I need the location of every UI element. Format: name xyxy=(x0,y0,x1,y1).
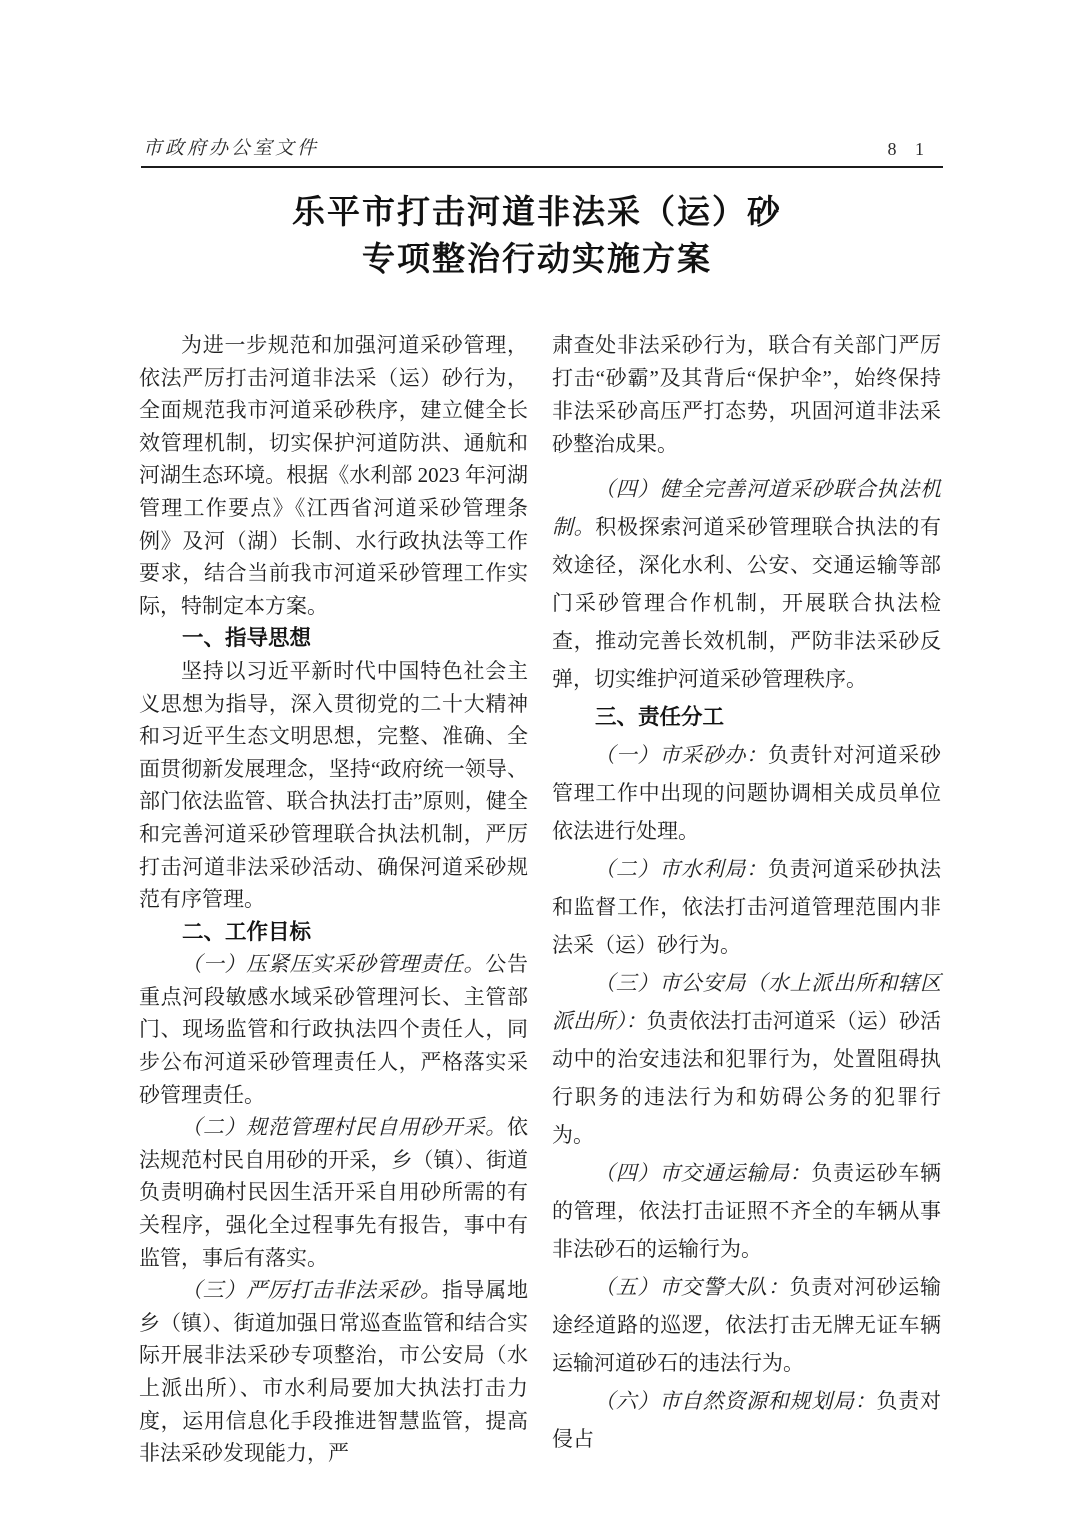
section-heading: 一、指导思想 xyxy=(139,622,528,655)
text-run-kai: （二）市水利局： xyxy=(594,857,768,881)
text-run-kai: （三）严厉打击非法采砂。 xyxy=(181,1278,442,1302)
paragraph: 坚持以习近平新时代中国特色社会主义思想为指导，深入贯彻党的二十大精神和习近平生态… xyxy=(139,655,528,916)
left-column: 为进一步规范和加强河道采砂管理，依法严厉打击河道非法采（运）砂行为，全面规范我市… xyxy=(139,329,528,1470)
text-run-hei: 三、责任分工 xyxy=(595,705,724,729)
text-run-kai: （六）市自然资源和规划局： xyxy=(594,1389,877,1413)
paragraph: 肃查处非法采砂行为，联合有关部门严厉打击“砂霸”及其背后“保护伞”，始终保持非法… xyxy=(552,329,941,461)
paragraph: （五）市交警大队：负责对河砂运输途经道路的巡逻，依法打击无牌无证车辆运输河道砂石… xyxy=(552,1268,941,1382)
title-line-1: 乐平市打击河道非法采（运）砂 xyxy=(0,188,1074,235)
page-number: 8 1 xyxy=(888,139,932,160)
header-rule xyxy=(141,166,943,168)
page-header: 市政府办公室文件 8 1 xyxy=(141,130,943,170)
text-run-kai: （四）市交通运输局： xyxy=(594,1161,811,1185)
text-run-song: 为进一步规范和加强河道采砂管理，依法严厉打击河道非法采（运）砂行为，全面规范我市… xyxy=(139,333,528,618)
document-title: 乐平市打击河道非法采（运）砂 专项整治行动实施方案 xyxy=(0,188,1074,282)
paragraph: （六）市自然资源和规划局：负责对侵占 xyxy=(552,1382,941,1458)
text-run-kai: （五）市交警大队： xyxy=(594,1275,790,1299)
content-columns: 为进一步规范和加强河道采砂管理，依法严厉打击河道非法采（运）砂行为，全面规范我市… xyxy=(139,329,941,1470)
document-page: 市政府办公室文件 8 1 乐平市打击河道非法采（运）砂 专项整治行动实施方案 为… xyxy=(0,0,1074,1520)
paragraph: （三）严厉打击非法采砂。指导属地乡（镇）、街道加强日常巡查监管和结合实际开展非法… xyxy=(139,1274,528,1470)
text-run-song: 积极探索河道采砂管理联合执法的有效途径，深化水利、公安、交通运输等部门采砂管理合… xyxy=(552,515,941,691)
text-run-hei: 二、工作目标 xyxy=(182,920,311,944)
text-run-song: 坚持以习近平新时代中国特色社会主义思想为指导，深入贯彻党的二十大精神和习近平生态… xyxy=(139,659,528,911)
paragraph: 为进一步规范和加强河道采砂管理，依法严厉打击河道非法采（运）砂行为，全面规范我市… xyxy=(139,329,528,622)
text-run-kai: （一）压紧压实采砂管理责任。 xyxy=(181,952,485,976)
text-run-song: 指导属地乡（镇）、街道加强日常巡查监管和结合实际开展非法采砂专项整治，市公安局（… xyxy=(139,1278,528,1465)
text-run-hei: 一、指导思想 xyxy=(182,626,311,650)
section-heading: 二、工作目标 xyxy=(139,916,528,949)
paragraph: （一）压紧压实采砂管理责任。公告重点河段敏感水域采砂管理河长、主管部门、现场监管… xyxy=(139,948,528,1111)
text-run-kai: （一）市采砂办： xyxy=(594,743,768,767)
paragraph: （一）市采砂办：负责针对河道采砂管理工作中出现的问题协调相关成员单位依法进行处理… xyxy=(552,736,941,850)
paragraph: （三）市公安局（水上派出所和辖区派出所）：负责依法打击河道采（运）砂活动中的治安… xyxy=(552,964,941,1154)
title-line-2: 专项整治行动实施方案 xyxy=(0,235,1074,282)
paragraph: （二）规范管理村民自用砂开采。依法规范村民自用砂的开采，乡（镇）、街道负责明确村… xyxy=(139,1111,528,1274)
doc-type-label: 市政府办公室文件 xyxy=(143,133,319,160)
paragraph: （四）市交通运输局：负责运砂车辆的管理，依法打击证照不齐全的车辆从事非法砂石的运… xyxy=(552,1154,941,1268)
text-run-song: 肃查处非法采砂行为，联合有关部门严厉打击“砂霸”及其背后“保护伞”，始终保持非法… xyxy=(552,333,941,456)
paragraph: （四）健全完善河道采砂联合执法机制。积极探索河道采砂管理联合执法的有效途径，深化… xyxy=(552,470,941,698)
paragraph: （二）市水利局：负责河道采砂执法和监督工作，依法打击河道管理范围内非法采（运）砂… xyxy=(552,850,941,964)
right-column: 肃查处非法采砂行为，联合有关部门严厉打击“砂霸”及其背后“保护伞”，始终保持非法… xyxy=(552,329,941,1470)
section-heading: 三、责任分工 xyxy=(552,698,941,736)
text-run-kai: （二）规范管理村民自用砂开采。 xyxy=(181,1115,507,1139)
